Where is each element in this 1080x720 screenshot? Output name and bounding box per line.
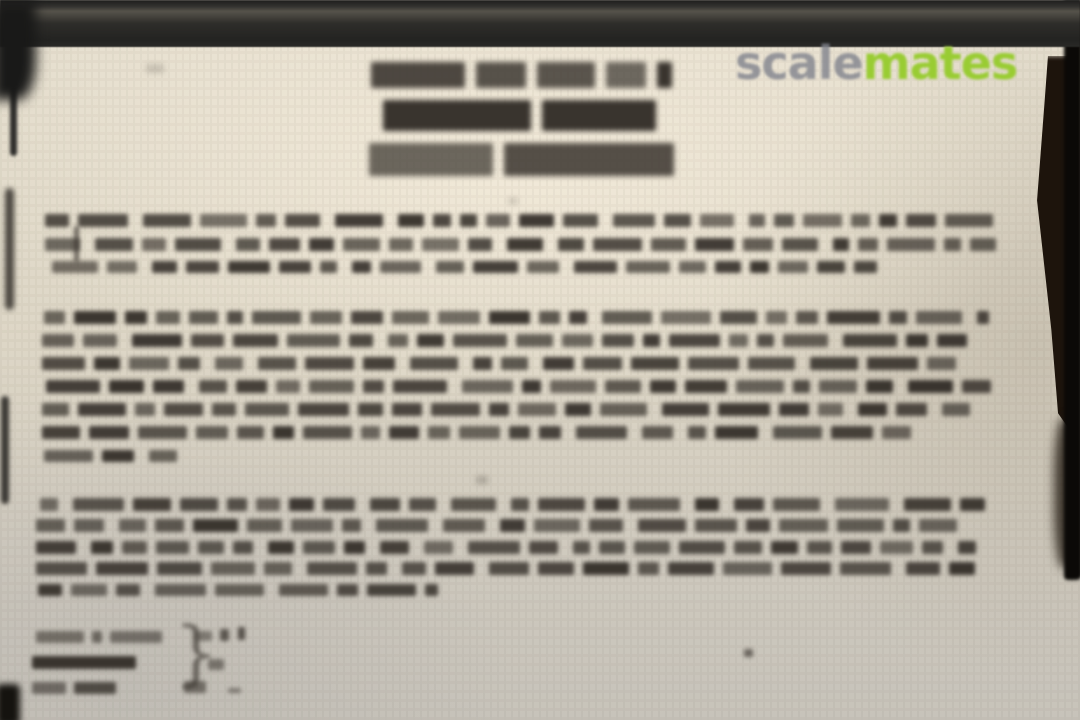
- blurred-word: [661, 311, 711, 324]
- blurred-word: [451, 498, 496, 511]
- blurred-word: [279, 261, 311, 273]
- title-block-line: [371, 62, 672, 88]
- blurred-word: [133, 498, 171, 511]
- blurred-word: [380, 261, 421, 273]
- blurred-word: [252, 311, 301, 324]
- paragraph-3-line: [38, 584, 438, 596]
- paragraph-2-line: [44, 311, 989, 324]
- blurred-word: [256, 498, 280, 511]
- blurred-word: [233, 541, 253, 554]
- ink-speck: [744, 649, 753, 657]
- blurred-word: [734, 541, 762, 554]
- blurred-word: [227, 498, 247, 511]
- blurred-word: [389, 426, 419, 439]
- paragraph-2-line: [42, 357, 956, 370]
- blurred-word: [342, 519, 361, 532]
- paragraph-3-line: [36, 519, 957, 532]
- blurred-word: [748, 357, 795, 370]
- blurred-word: [539, 426, 561, 439]
- blurred-word: [215, 584, 264, 596]
- blurred-word: [817, 261, 845, 273]
- paragraph-3-line: [36, 562, 975, 575]
- scalemates-watermark: scalemates: [735, 40, 1017, 86]
- blurred-word: [323, 498, 355, 511]
- blurred-word: [688, 357, 739, 370]
- blurred-word: [335, 214, 383, 227]
- blurred-word: [773, 426, 822, 439]
- blurred-word: [534, 519, 580, 532]
- blurred-word: [191, 334, 224, 347]
- blurred-word: [715, 261, 741, 273]
- blurred-word: [388, 334, 408, 347]
- blurred-word: [695, 498, 719, 511]
- blurred-word: [774, 214, 794, 227]
- blurred-word: [643, 334, 660, 347]
- blurred-word: [135, 403, 155, 416]
- blurred-word: [433, 214, 451, 227]
- blurred-word: [782, 238, 818, 251]
- blurred-word: [507, 238, 543, 251]
- blurred-word: [376, 519, 428, 532]
- blurred-word: [256, 214, 276, 227]
- blurred-word: [537, 62, 595, 88]
- blurred-word: [516, 334, 553, 347]
- blurred-word: [476, 62, 526, 88]
- blurred-word: [431, 403, 480, 416]
- blurred-word: [944, 238, 961, 251]
- blurred-word: [529, 541, 558, 554]
- blurred-word: [803, 214, 842, 227]
- blurred-word: [942, 403, 970, 416]
- blurred-word: [511, 498, 529, 511]
- blurred-word: [116, 584, 140, 596]
- blurred-word: [36, 631, 84, 643]
- blurred-word: [558, 238, 584, 251]
- blurred-word: [669, 334, 720, 347]
- blurred-word: [688, 426, 706, 439]
- blurred-word: [32, 682, 66, 694]
- paragraph-1-line: [52, 261, 877, 273]
- blurred-word: [880, 541, 913, 554]
- blurred-word: [793, 380, 810, 393]
- blurred-word: [589, 519, 623, 532]
- blurred-word: [468, 238, 492, 251]
- blurred-word: [819, 380, 857, 393]
- blurred-word: [662, 403, 709, 416]
- blurred-word: [489, 311, 530, 324]
- blurred-word: [289, 498, 314, 511]
- blurred-word: [685, 380, 727, 393]
- blurred-word: [422, 238, 459, 251]
- blurred-word: [352, 261, 371, 273]
- blurred-word: [766, 311, 787, 324]
- blurred-word: [949, 562, 975, 575]
- blurred-word: [228, 261, 270, 273]
- blurred-word: [718, 403, 770, 416]
- blurred-word: [796, 311, 818, 324]
- ink-speck: [508, 198, 518, 204]
- watermark-mates: mates: [863, 36, 1018, 90]
- blurred-word: [783, 334, 828, 347]
- blurred-word: [36, 519, 65, 532]
- blurred-word: [538, 498, 585, 511]
- blurred-word: [854, 261, 877, 273]
- blurred-word: [460, 214, 477, 227]
- blurred-word: [970, 238, 996, 251]
- blurred-word: [605, 380, 641, 393]
- blurred-word: [149, 450, 177, 462]
- blurred-word: [650, 380, 676, 393]
- blurred-word: [937, 334, 967, 347]
- blurred-word: [882, 426, 911, 439]
- blurred-word: [462, 380, 513, 393]
- blurred-word: [264, 562, 292, 575]
- blurred-word: [945, 214, 993, 227]
- blurred-word: [212, 403, 236, 416]
- blurred-word: [778, 261, 808, 273]
- blurred-word: [392, 311, 429, 324]
- blurred-word: [320, 261, 337, 273]
- blurred-word: [679, 541, 725, 554]
- blurred-word: [371, 62, 465, 88]
- paper-edge-shadow: [1, 396, 9, 504]
- blurred-word: [269, 238, 300, 251]
- blurred-word: [211, 562, 255, 575]
- blurred-word: [435, 562, 474, 575]
- blurred-word: [734, 498, 764, 511]
- blurred-word: [651, 238, 686, 251]
- blurred-word: [606, 62, 646, 88]
- blurred-word: [638, 519, 686, 532]
- blurred-word: [156, 311, 180, 324]
- blurred-word: [729, 334, 748, 347]
- blurred-word: [310, 311, 342, 324]
- blurred-word: [237, 426, 264, 439]
- blurred-word: [291, 519, 333, 532]
- blurred-word: [38, 584, 62, 596]
- blurred-word: [91, 541, 113, 554]
- blurred-word: [215, 357, 243, 370]
- blurred-word: [958, 541, 976, 554]
- blurred-word: [781, 562, 831, 575]
- blurred-word: [908, 380, 953, 393]
- paper-edge-shadow: [0, 684, 20, 720]
- blurred-word: [186, 261, 219, 273]
- blurred-word: [236, 238, 260, 251]
- blurred-word: [83, 334, 117, 347]
- blurred-word: [866, 380, 893, 393]
- blurred-word: [743, 238, 773, 251]
- blurred-word: [44, 311, 65, 324]
- paragraph-2-line: [46, 380, 991, 393]
- blurred-word: [593, 238, 642, 251]
- blurred-word: [424, 541, 453, 554]
- blurred-word: [273, 426, 294, 439]
- blurred-word: [343, 238, 380, 251]
- blurred-word: [919, 519, 957, 532]
- blurred-word: [695, 519, 737, 532]
- blurred-word: [810, 357, 858, 370]
- blurred-word: [962, 380, 991, 393]
- blurred-word: [78, 403, 126, 416]
- blurred-word: [519, 214, 554, 227]
- blurred-word: [600, 403, 647, 416]
- blurred-word: [363, 380, 384, 393]
- blurred-word: [198, 541, 224, 554]
- blurred-word: [351, 311, 383, 324]
- blurred-word: [657, 62, 672, 88]
- blurred-word: [303, 541, 335, 554]
- blurred-word: [489, 403, 509, 416]
- paper-edge-shadow: [5, 188, 14, 310]
- blurred-word: [305, 357, 354, 370]
- blurred-word: [153, 380, 184, 393]
- blurred-word: [369, 143, 493, 176]
- blurred-word: [453, 334, 507, 347]
- brace-mark: }: [174, 618, 219, 688]
- blurred-word: [370, 498, 400, 511]
- blurred-word: [715, 426, 758, 439]
- blurred-word: [501, 357, 528, 370]
- blurred-word: [410, 357, 458, 370]
- blurred-word: [233, 334, 278, 347]
- blurred-word: [771, 541, 798, 554]
- blurred-word: [750, 261, 769, 273]
- blurred-word: [626, 261, 670, 273]
- blurred-word: [438, 311, 480, 324]
- blurred-word: [96, 562, 148, 575]
- blurred-word: [268, 541, 294, 554]
- blurred-word: [757, 334, 774, 347]
- blurred-word: [835, 498, 889, 511]
- blurred-word: [344, 541, 365, 554]
- blurred-word: [851, 214, 870, 227]
- paragraph-2-line: [44, 450, 177, 462]
- blurred-word: [563, 214, 598, 227]
- blurred-word: [573, 541, 590, 554]
- blurred-word: [773, 498, 820, 511]
- footer-block-line: [32, 682, 116, 694]
- blurred-word: [594, 498, 619, 511]
- blurred-word: [843, 334, 897, 347]
- blurred-word: [74, 682, 116, 694]
- blurred-word: [889, 311, 907, 324]
- blurred-word: [631, 357, 679, 370]
- blurred-word: [500, 519, 525, 532]
- blurred-word: [152, 261, 177, 273]
- blurred-word: [92, 631, 102, 643]
- paragraph-1-line: [45, 238, 996, 251]
- blurred-word: [906, 334, 928, 347]
- blurred-word: [736, 380, 784, 393]
- blurred-word: [538, 562, 574, 575]
- blurred-word: [518, 403, 556, 416]
- blurred-word: [42, 357, 85, 370]
- paragraph-2-line: [42, 403, 970, 416]
- blurred-word: [307, 562, 357, 575]
- blurred-word: [818, 403, 843, 416]
- blurred-word: [40, 498, 58, 511]
- blurred-word: [398, 214, 424, 227]
- blurred-word: [279, 584, 328, 596]
- blurred-word: [602, 334, 634, 347]
- blurred-word: [417, 334, 444, 347]
- blurred-word: [576, 426, 627, 439]
- blurred-word: [178, 357, 200, 370]
- blurred-word: [164, 403, 203, 416]
- blurred-word: [893, 519, 910, 532]
- blurred-word: [110, 631, 162, 643]
- blurred-word: [367, 584, 416, 596]
- blurred-word: [287, 334, 340, 347]
- blurred-word: [840, 562, 891, 575]
- blurred-word: [916, 311, 962, 324]
- blurred-word: [720, 311, 757, 324]
- blurred-word: [960, 498, 985, 511]
- blurred-word: [550, 380, 596, 393]
- blurred-word: [45, 214, 69, 227]
- blurred-word: [583, 357, 622, 370]
- footer-block-line: [32, 656, 136, 669]
- blurred-word: [543, 357, 574, 370]
- blurred-word: [383, 100, 531, 131]
- blurred-word: [473, 357, 492, 370]
- blurred-word: [303, 426, 352, 439]
- paragraph-3-line: [36, 541, 976, 554]
- blurred-word: [887, 238, 935, 251]
- blurred-word: [189, 311, 218, 324]
- blurred-word: [927, 357, 956, 370]
- blurred-word: [119, 519, 146, 532]
- title-block-line: [369, 143, 674, 176]
- blurred-word: [44, 450, 93, 462]
- blurred-word: [827, 311, 880, 324]
- blurred-word: [638, 562, 659, 575]
- blurred-word: [42, 334, 74, 347]
- blurred-word: [922, 541, 943, 554]
- blurred-word: [749, 214, 765, 227]
- blurred-word: [443, 519, 485, 532]
- footer-block-line: [36, 631, 162, 643]
- blurred-word: [36, 562, 87, 575]
- ink-speck: [146, 64, 164, 73]
- blurred-word: [156, 541, 189, 554]
- blurred-word: [904, 498, 951, 511]
- blurred-word: [46, 380, 100, 393]
- blurred-word: [583, 562, 629, 575]
- paragraph-2-line: [42, 426, 911, 439]
- blurred-word: [879, 214, 897, 227]
- blurred-word: [107, 261, 137, 273]
- ink-speck: [476, 476, 488, 484]
- blurred-word: [89, 426, 129, 439]
- ink-speck: [238, 627, 245, 640]
- top-left-corner-shadow: [0, 0, 36, 100]
- blurred-word: [569, 311, 587, 324]
- blurred-word: [285, 214, 320, 227]
- blurred-word: [358, 403, 383, 416]
- blurred-word: [109, 380, 144, 393]
- blurred-word: [858, 238, 878, 251]
- blurred-word: [42, 403, 69, 416]
- right-black-strip: [1064, 0, 1080, 580]
- blurred-word: [349, 334, 373, 347]
- blurred-word: [700, 214, 734, 227]
- blurred-word: [779, 519, 828, 532]
- blurred-word: [78, 214, 128, 227]
- blurred-word: [837, 519, 884, 532]
- blurred-word: [199, 380, 227, 393]
- blurred-word: [94, 357, 120, 370]
- blurred-word: [628, 498, 680, 511]
- blurred-word: [258, 357, 296, 370]
- blurred-word: [102, 450, 134, 462]
- blurred-word: [602, 311, 652, 324]
- blurred-word: [73, 498, 124, 511]
- paragraph-1-line: [45, 214, 993, 227]
- blurred-word: [668, 562, 714, 575]
- ink-speck: [74, 226, 79, 262]
- blurred-word: [309, 380, 354, 393]
- blurred-word: [807, 541, 832, 554]
- blurred-word: [125, 311, 147, 324]
- blurred-word: [143, 214, 191, 227]
- blurred-word: [337, 584, 358, 596]
- blurred-word: [664, 214, 691, 227]
- blurred-word: [486, 214, 510, 227]
- blurred-word: [977, 311, 989, 324]
- blurred-word: [245, 403, 289, 416]
- blurred-word: [366, 562, 387, 575]
- ink-speck: [220, 629, 229, 641]
- blurred-word: [833, 238, 849, 251]
- blurred-word: [95, 238, 133, 251]
- blurred-word: [746, 519, 770, 532]
- blurred-word: [402, 562, 426, 575]
- blurred-word: [276, 380, 300, 393]
- blurred-word: [193, 519, 238, 532]
- blurred-word: [858, 403, 887, 416]
- blurred-word: [52, 261, 98, 273]
- blurred-word: [459, 426, 500, 439]
- blurred-word: [236, 380, 267, 393]
- blurred-word: [74, 311, 116, 324]
- blurred-word: [509, 426, 530, 439]
- blurred-word: [562, 334, 593, 347]
- ink-speck: [228, 688, 241, 693]
- blurred-word: [32, 656, 136, 669]
- blurred-word: [841, 541, 871, 554]
- paragraph-3-line: [40, 498, 985, 511]
- title-block-line: [383, 100, 656, 131]
- paragraph-2-line: [42, 334, 967, 347]
- blurred-word: [504, 143, 674, 176]
- blurred-word: [539, 311, 560, 324]
- watermark-scale: scale: [735, 36, 863, 90]
- blurred-word: [138, 426, 187, 439]
- blurred-word: [71, 584, 107, 596]
- blurred-word: [428, 426, 450, 439]
- blurred-word: [155, 584, 206, 596]
- blurred-word: [157, 562, 202, 575]
- blurred-word: [175, 238, 221, 251]
- blurred-word: [599, 541, 625, 554]
- blurred-word: [436, 261, 464, 273]
- blurred-word: [723, 562, 772, 575]
- blurred-word: [298, 403, 349, 416]
- blurred-word: [36, 541, 76, 554]
- blurred-word: [180, 498, 218, 511]
